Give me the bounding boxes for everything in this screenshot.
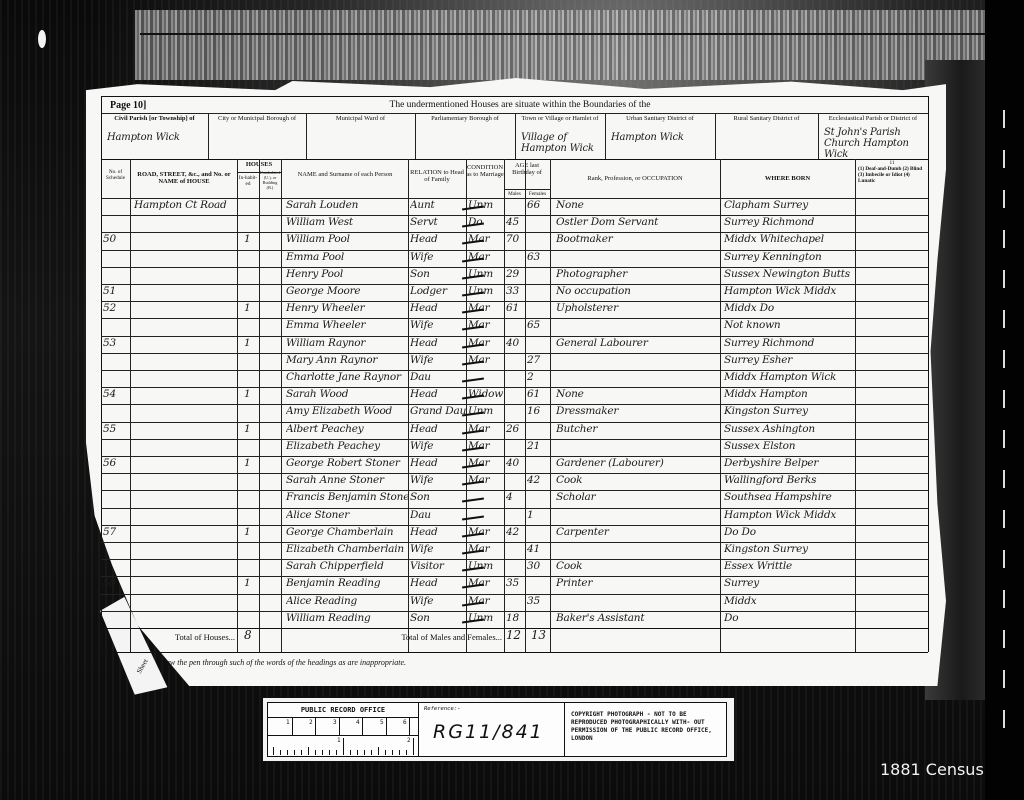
schedule-cell: 50 <box>103 230 129 247</box>
male-age-cell <box>506 506 525 523</box>
condition-cell: Mar <box>468 574 504 591</box>
total-persons-label: Total of Males and Females... <box>330 633 502 642</box>
relation-cell: Wife <box>410 437 466 454</box>
column-line <box>605 113 606 159</box>
col-header-houses: HOUSES <box>237 161 281 168</box>
condition-cell: Mar <box>468 230 504 247</box>
female-age-cell <box>527 523 550 540</box>
female-age-cell <box>527 299 550 316</box>
col-header-name: NAME and Surname of each Person <box>284 171 406 178</box>
inhabited-cell <box>244 282 258 299</box>
relation-cell: Wife <box>410 316 466 333</box>
ruler-number: 1 <box>286 719 290 726</box>
condition-cell: Unm <box>468 609 504 626</box>
schedule-cell: 54 <box>103 385 129 402</box>
occupation-cell: Cook <box>556 557 720 574</box>
where-born-cell: Not known <box>724 316 924 333</box>
male-age-cell <box>506 351 525 368</box>
occupation-cell <box>556 368 720 385</box>
schedule-cell <box>103 265 129 282</box>
road-cell <box>134 402 234 419</box>
name-cell: George Moore <box>286 282 408 299</box>
name-cell: William Reading <box>286 609 408 626</box>
total-females-value: 13 <box>531 628 546 642</box>
schedule-cell <box>103 557 129 574</box>
name-cell: Alice Stoner <box>286 506 408 523</box>
reference-number: RG11/841 <box>433 721 544 743</box>
road-cell <box>134 282 234 299</box>
male-age-cell: 18 <box>506 609 525 626</box>
male-age-cell <box>506 402 525 419</box>
road-cell <box>134 471 234 488</box>
name-cell: Emma Wheeler <box>286 316 408 333</box>
condition-cell: Mar <box>468 351 504 368</box>
inhabited-cell <box>244 557 258 574</box>
name-cell: Charlotte Jane Raynor <box>286 368 408 385</box>
ruler-number: 1 <box>337 737 341 744</box>
ruler-tick <box>413 738 414 755</box>
inhabited-cell <box>244 196 258 213</box>
female-age-cell <box>527 420 550 437</box>
schedule-cell: 51 <box>103 282 129 299</box>
where-born-cell: Clapham Surrey <box>724 196 924 213</box>
name-cell: George Chamberlain <box>286 523 408 540</box>
name-cell: William Raynor <box>286 334 408 351</box>
condition-cell: Mar <box>468 316 504 333</box>
male-age-cell <box>506 540 525 557</box>
inhabited-cell <box>244 592 258 609</box>
schedule-cell <box>103 213 129 230</box>
total-males-value: 12 <box>506 628 521 642</box>
inhabited-cell: 1 <box>244 299 258 316</box>
film-edge <box>985 0 1024 800</box>
column-line <box>515 113 516 159</box>
schedule-cell <box>103 609 129 626</box>
road-cell <box>134 420 234 437</box>
inhabited-cell <box>244 351 258 368</box>
col-header-occupation: Rank, Profession, or OCCUPATION <box>550 175 720 182</box>
inhabited-cell <box>244 540 258 557</box>
relation-cell: Grand Dau <box>410 402 466 419</box>
road-cell <box>134 385 234 402</box>
reference-label: Reference:- <box>424 706 460 712</box>
female-age-cell: 61 <box>527 385 550 402</box>
where-born-cell: Middx Hampton <box>724 385 924 402</box>
condition-cell: Mar <box>468 437 504 454</box>
condition-cell: Unm <box>468 557 504 574</box>
occupation-cell: None <box>556 385 720 402</box>
road-cell <box>134 334 234 351</box>
ruler-tick <box>294 750 295 755</box>
col-header-inhabited: In-habit-ed <box>237 175 259 187</box>
district-value: Village of Hampton Wick <box>521 132 601 154</box>
where-born-cell: Sussex Elston <box>724 437 924 454</box>
male-age-cell: 29 <box>506 265 525 282</box>
inhabited-cell <box>244 265 258 282</box>
male-age-cell <box>506 196 525 213</box>
road-cell: Hampton Ct Road <box>134 196 234 213</box>
condition-cell: Mar <box>468 420 504 437</box>
district-label: Parliamentary Borough of <box>417 115 513 122</box>
male-age-cell: 70 <box>506 230 525 247</box>
condition-cell: Unm <box>468 282 504 299</box>
occupation-cell <box>556 316 720 333</box>
female-age-cell <box>527 230 550 247</box>
road-cell <box>134 454 234 471</box>
ruler-tick <box>362 718 363 735</box>
ruler-box: PUBLIC RECORD OFFICE 123456 12 <box>267 702 419 757</box>
male-age-cell: 40 <box>506 334 525 351</box>
ruler-tick <box>336 750 337 755</box>
female-age-cell <box>527 282 550 299</box>
column-line <box>415 113 416 159</box>
district-label: Ecclesiastical Parish or District of <box>820 115 926 122</box>
inhabited-cell <box>244 609 258 626</box>
schedule-cell: 55 <box>103 420 129 437</box>
name-cell: William West <box>286 213 408 230</box>
inhabited-cell <box>244 368 258 385</box>
copyright-notice: COPYRIGHT PHOTOGRAPH - NOT TO BE REPRODU… <box>571 711 721 743</box>
condition-cell: Mar <box>468 334 504 351</box>
ruler-tick <box>329 750 330 755</box>
road-cell <box>134 488 234 505</box>
inhabited-cell: 1 <box>244 385 258 402</box>
rule-line <box>101 159 928 160</box>
ruler-number: 2 <box>407 737 411 744</box>
male-age-cell <box>506 385 525 402</box>
scan-top-band <box>135 10 985 80</box>
ruler-tick <box>392 750 393 755</box>
district-value: St John's Parish Church Hampton Wick <box>824 127 924 160</box>
where-born-cell: Hampton Wick Middx <box>724 282 924 299</box>
female-age-cell: 27 <box>527 351 550 368</box>
condition-cell: Unm <box>468 196 504 213</box>
road-cell <box>134 265 234 282</box>
inhabited-cell <box>244 437 258 454</box>
relation-cell: Wife <box>410 592 466 609</box>
road-cell <box>134 368 234 385</box>
relation-cell: Aunt <box>410 196 466 213</box>
schedule-cell <box>103 506 129 523</box>
female-age-cell: 41 <box>527 540 550 557</box>
ruler-tick <box>343 738 344 755</box>
schedule-cell <box>103 368 129 385</box>
female-age-cell <box>527 609 550 626</box>
condition-cell: Unm <box>468 265 504 282</box>
ruler-tick <box>386 718 387 735</box>
condition-cell <box>468 368 504 385</box>
where-born-cell: Middx Hampton Wick <box>724 368 924 385</box>
ruler-tick <box>315 718 316 735</box>
relation-cell: Servt <box>410 213 466 230</box>
male-age-cell <box>506 368 525 385</box>
condition-cell: Mar <box>468 592 504 609</box>
occupation-cell <box>556 592 720 609</box>
where-born-cell: Surrey <box>724 574 924 591</box>
ruler-inches: 123456 <box>268 718 418 735</box>
occupation-cell: Printer <box>556 574 720 591</box>
schedule-cell <box>103 316 129 333</box>
ruler-tick <box>364 750 365 755</box>
total-houses-label: Total of Houses... <box>130 633 235 642</box>
road-cell <box>134 437 234 454</box>
occupation-cell: Ostler Dom Servant <box>556 213 720 230</box>
where-born-cell: Do Do <box>724 523 924 540</box>
road-cell <box>134 574 234 591</box>
inhabited-cell: 1 <box>244 420 258 437</box>
ruler-tick <box>322 750 323 755</box>
female-age-cell <box>527 334 550 351</box>
where-born-cell: Kingston Surrey <box>724 540 924 557</box>
where-born-cell: Surrey Richmond <box>724 213 924 230</box>
relation-cell: Wife <box>410 351 466 368</box>
occupation-cell: Cook <box>556 471 720 488</box>
male-age-cell <box>506 437 525 454</box>
total-houses-value: 8 <box>244 628 251 642</box>
column-line <box>208 113 209 159</box>
occupation-cell: Bootmaker <box>556 230 720 247</box>
where-born-cell: Sussex Ashington <box>724 420 924 437</box>
schedule-cell <box>103 592 129 609</box>
where-born-cell: Hampton Wick Middx <box>724 506 924 523</box>
col-header-infirmity: (1) Deaf-and-Dumb (2) Blind (3) Imbecile… <box>858 166 928 184</box>
male-age-cell: 42 <box>506 523 525 540</box>
ruler-tick <box>378 747 379 755</box>
condition-cell <box>468 488 504 505</box>
col-header-where-born: WHERE BORN <box>720 175 855 182</box>
where-born-cell: Wallingford Berks <box>724 471 924 488</box>
name-cell: Sarah Chipperfield <box>286 557 408 574</box>
schedule-cell <box>103 437 129 454</box>
reference-box: Reference:- RG11/841 <box>418 702 565 757</box>
relation-cell: Head <box>410 420 466 437</box>
relation-cell: Son <box>410 488 466 505</box>
road-cell <box>134 609 234 626</box>
condition-cell: Mar <box>468 299 504 316</box>
district-label: Rural Sanitary District of <box>717 115 816 122</box>
schedule-cell <box>103 471 129 488</box>
condition-cell: Mar <box>468 248 504 265</box>
ruler-tick <box>280 750 281 755</box>
condition-cell: Unm <box>468 402 504 419</box>
name-cell: Emma Pool <box>286 248 408 265</box>
female-age-cell: 2 <box>527 368 550 385</box>
ruler-tick <box>357 750 358 755</box>
occupation-cell: General Labourer <box>556 334 720 351</box>
column-line <box>306 113 307 159</box>
district-label: Town or Village or Hamlet of <box>517 115 603 122</box>
occupation-cell: No occupation <box>556 282 720 299</box>
ruler-number: 4 <box>356 719 360 726</box>
inhabited-cell <box>244 316 258 333</box>
road-cell <box>134 557 234 574</box>
inhabited-cell: 1 <box>244 574 258 591</box>
female-age-cell <box>527 213 550 230</box>
occupation-cell <box>556 506 720 523</box>
ruler-number: 6 <box>403 719 407 726</box>
road-cell <box>134 299 234 316</box>
ruler-tick <box>339 718 340 735</box>
female-age-cell: 30 <box>527 557 550 574</box>
female-age-cell: 65 <box>527 316 550 333</box>
male-age-cell <box>506 557 525 574</box>
road-cell <box>134 248 234 265</box>
schedule-cell: 53 <box>103 334 129 351</box>
male-age-cell <box>506 248 525 265</box>
census-year-label: 1881 Census <box>880 760 984 779</box>
name-cell: Sarah Anne Stoner <box>286 471 408 488</box>
scan-artifact <box>38 30 46 48</box>
male-age-cell: 26 <box>506 420 525 437</box>
male-age-cell <box>506 316 525 333</box>
female-age-cell: 1 <box>527 506 550 523</box>
occupation-cell: Butcher <box>556 420 720 437</box>
rule-line <box>504 189 550 190</box>
where-born-cell: Middx <box>724 592 924 609</box>
occupation-cell: Dressmaker <box>556 402 720 419</box>
name-cell: Albert Peachey <box>286 420 408 437</box>
occupation-cell: Carpenter <box>556 523 720 540</box>
name-cell: Sarah Wood <box>286 385 408 402</box>
column-line <box>715 113 716 159</box>
district-label: Urban Sanitary District of <box>607 115 713 122</box>
inhabited-cell <box>244 213 258 230</box>
male-age-cell: 61 <box>506 299 525 316</box>
name-cell: Elizabeth Chamberlain <box>286 540 408 557</box>
road-cell <box>134 523 234 540</box>
name-cell: Benjamin Reading <box>286 574 408 591</box>
schedule-cell <box>103 402 129 419</box>
inhabited-cell <box>244 488 258 505</box>
female-age-cell: 42 <box>527 471 550 488</box>
occupation-cell: None <box>556 196 720 213</box>
condition-cell: Mar <box>468 523 504 540</box>
ruler-tick <box>308 747 309 755</box>
occupation-cell: Photographer <box>556 265 720 282</box>
where-born-cell: Surrey Kennington <box>724 248 924 265</box>
district-value: Hampton Wick <box>611 132 711 143</box>
condition-cell: Mar <box>468 454 504 471</box>
col-header-condition: CONDITION as to Marriage <box>466 164 504 178</box>
inhabited-cell <box>244 248 258 265</box>
inhabited-cell: 1 <box>244 454 258 471</box>
road-cell <box>134 316 234 333</box>
male-age-cell: 33 <box>506 282 525 299</box>
female-age-cell <box>527 265 550 282</box>
schedule-cell <box>103 196 129 213</box>
public-record-office-stamp: PUBLIC RECORD OFFICE 123456 12 Reference… <box>262 697 735 762</box>
occupation-cell: Upholsterer <box>556 299 720 316</box>
name-cell: Francis Benjamin Stoner <box>286 488 408 505</box>
female-age-cell <box>527 488 550 505</box>
relation-cell: Wife <box>410 471 466 488</box>
district-value: Hampton Wick <box>107 132 204 143</box>
inhabited-cell <box>244 471 258 488</box>
schedule-cell <box>103 351 129 368</box>
schedule-cell: 52 <box>103 299 129 316</box>
occupation-cell <box>556 540 720 557</box>
male-age-cell: 45 <box>506 213 525 230</box>
col-header-relation: RELATION to Head of Family <box>408 169 466 183</box>
where-born-cell: Middx Whitechapel <box>724 230 924 247</box>
footnote: Draw the pen through such of the words o… <box>157 658 577 667</box>
relation-cell: Wife <box>410 540 466 557</box>
occupation-cell: Scholar <box>556 488 720 505</box>
road-cell <box>134 213 234 230</box>
name-cell: Alice Reading <box>286 592 408 609</box>
occupation-cell: Baker's Assistant <box>556 609 720 626</box>
page-number: Page 10] <box>110 101 146 110</box>
male-age-cell: 35 <box>506 574 525 591</box>
road-cell <box>134 230 234 247</box>
schedule-cell <box>103 488 129 505</box>
name-cell: Elizabeth Peachey <box>286 437 408 454</box>
office-name: PUBLIC RECORD OFFICE <box>268 706 418 714</box>
relation-cell: Visitor <box>410 557 466 574</box>
road-cell <box>134 592 234 609</box>
form-heading: The undermentioned Houses are situate wi… <box>340 101 700 110</box>
ruler-tick <box>371 750 372 755</box>
relation-cell: Head <box>410 454 466 471</box>
where-born-cell: Do <box>724 609 924 626</box>
district-label: Civil Parish [or Township] of <box>103 115 206 122</box>
occupation-cell: Gardener (Labourer) <box>556 454 720 471</box>
relation-cell: Lodger <box>410 282 466 299</box>
relation-cell: Dau <box>410 368 466 385</box>
district-label: City or Municipal Borough of <box>210 115 304 122</box>
relation-cell: Dau <box>410 506 466 523</box>
female-age-cell <box>527 574 550 591</box>
district-label: Municipal Ward of <box>308 115 413 122</box>
name-cell: George Robert Stoner <box>286 454 408 471</box>
condition-cell: Widow <box>468 385 504 402</box>
ruler-tick <box>385 750 386 755</box>
ruler-tick <box>406 750 407 755</box>
female-age-cell: 16 <box>527 402 550 419</box>
schedule-cell <box>103 540 129 557</box>
name-cell: Mary Ann Raynor <box>286 351 408 368</box>
road-cell <box>134 506 234 523</box>
name-cell: Henry Wheeler <box>286 299 408 316</box>
where-born-cell: Derbyshire Belper <box>724 454 924 471</box>
road-cell <box>134 351 234 368</box>
schedule-cell <box>103 248 129 265</box>
rule-line <box>101 96 928 97</box>
female-age-cell <box>527 454 550 471</box>
female-age-cell: 63 <box>527 248 550 265</box>
where-born-cell: Essex Writtle <box>724 557 924 574</box>
condition-cell: Do <box>468 213 504 230</box>
relation-cell: Head <box>410 230 466 247</box>
where-born-cell: Southsea Hampshire <box>724 488 924 505</box>
name-cell: Henry Pool <box>286 265 408 282</box>
inhabited-cell: 1 <box>244 523 258 540</box>
ruler-tick <box>350 750 351 755</box>
inhabited-cell <box>244 402 258 419</box>
relation-cell: Son <box>410 609 466 626</box>
relation-cell: Head <box>410 385 466 402</box>
ruler-tick <box>399 750 400 755</box>
col-header-age: AGE last Birthday of <box>504 162 550 176</box>
schedule-cell: 58 <box>103 574 129 591</box>
ruler-number: 3 <box>333 719 337 726</box>
relation-cell: Head <box>410 523 466 540</box>
relation-cell: Head <box>410 334 466 351</box>
column-line <box>818 113 819 159</box>
inhabited-cell: 1 <box>244 334 258 351</box>
col-header-uninhabited: Uninhabited (U.), or Building (B.) <box>259 170 281 190</box>
occupation-cell <box>556 351 720 368</box>
